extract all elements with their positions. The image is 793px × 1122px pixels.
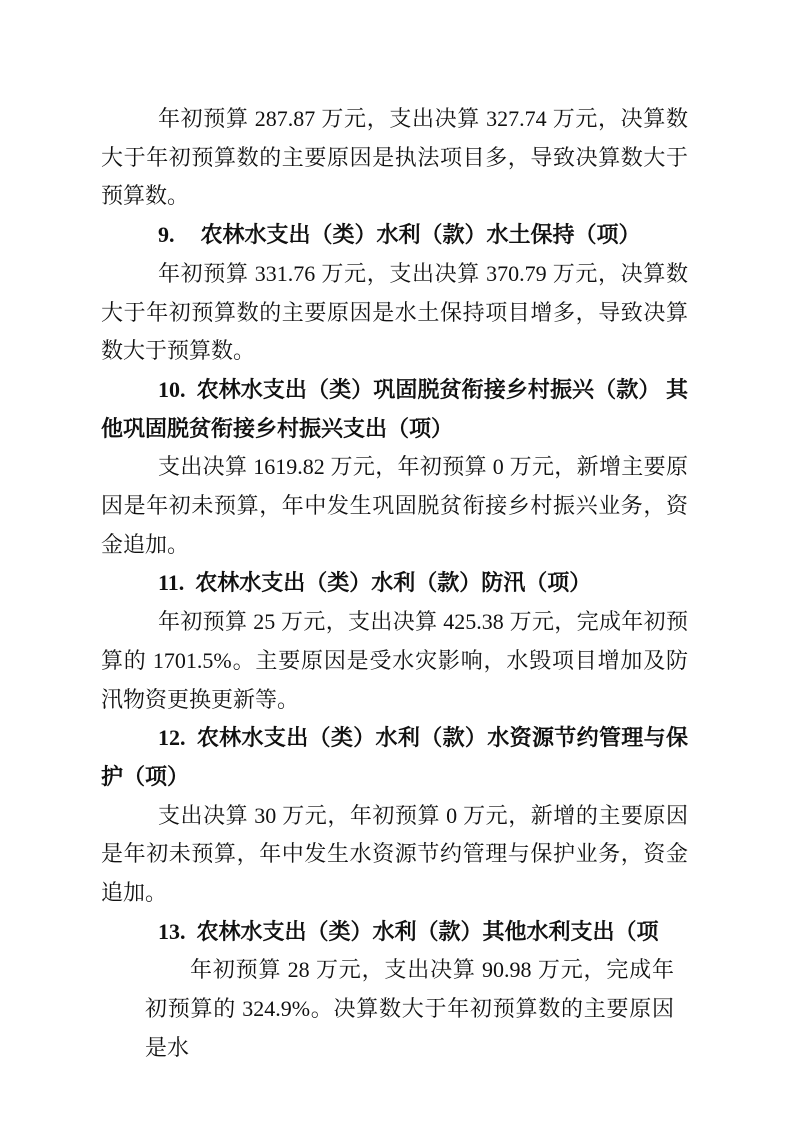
paragraph-budget-30: 支出决算 30 万元，年初预算 0 万元，新增的主要原因是年初未预算，年中发生水… bbox=[101, 797, 688, 913]
section-heading-11: 11.农林水支出（类）水利（款）防汛（项） bbox=[101, 564, 688, 603]
section-number: 9. bbox=[158, 222, 175, 247]
section-heading-13: 13.农林水支出（类）水利（款）其他水利支出（项 bbox=[101, 913, 688, 952]
paragraph-budget-25: 年初预算 25 万元，支出决算 425.38 万元，完成年初预算的 1701.5… bbox=[101, 603, 688, 719]
section-number: 13. bbox=[158, 919, 186, 944]
section-title: 农林水支出（类）水利（款）水土保持（项） bbox=[201, 222, 641, 247]
section-heading-9: 9.农林水支出（类）水利（款）水土保持（项） bbox=[101, 216, 688, 255]
paragraph-budget-28: 年初预算 28 万元，支出决算 90.98 万元，完成年初预算的 324.9%。… bbox=[145, 951, 674, 1067]
section-title: 农林水支出（类）巩固脱贫衔接乡村振兴（款） 其他巩固脱贫衔接乡村振兴支出（项） bbox=[101, 377, 688, 441]
paragraph-budget-287: 年初预算 287.87 万元，支出决算 327.74 万元，决算数大于年初预算数… bbox=[101, 100, 688, 216]
section-heading-12: 12.农林水支出（类）水利（款）水资源节约管理与保护（项） bbox=[101, 719, 688, 796]
section-title: 农林水支出（类）水利（款）防汛（项） bbox=[195, 570, 591, 595]
section-heading-10: 10.农林水支出（类）巩固脱贫衔接乡村振兴（款） 其他巩固脱贫衔接乡村振兴支出（… bbox=[101, 371, 688, 448]
section-title: 农林水支出（类）水利（款）水资源节约管理与保护（项） bbox=[101, 725, 688, 789]
section-number: 12. bbox=[158, 725, 186, 750]
document-content: 年初预算 287.87 万元，支出决算 327.74 万元，决算数大于年初预算数… bbox=[101, 100, 688, 1068]
document-page: 年初预算 287.87 万元，支出决算 327.74 万元，决算数大于年初预算数… bbox=[0, 0, 793, 1122]
section-title: 农林水支出（类）水利（款）其他水利支出（项 bbox=[197, 919, 659, 944]
section-number: 10. bbox=[158, 377, 186, 402]
paragraph-budget-1619: 支出决算 1619.82 万元，年初预算 0 万元，新增主要原因是年初未预算，年… bbox=[101, 448, 688, 564]
paragraph-budget-331: 年初预算 331.76 万元，支出决算 370.79 万元，决算数大于年初预算数… bbox=[101, 255, 688, 371]
section-number: 11. bbox=[158, 570, 184, 595]
